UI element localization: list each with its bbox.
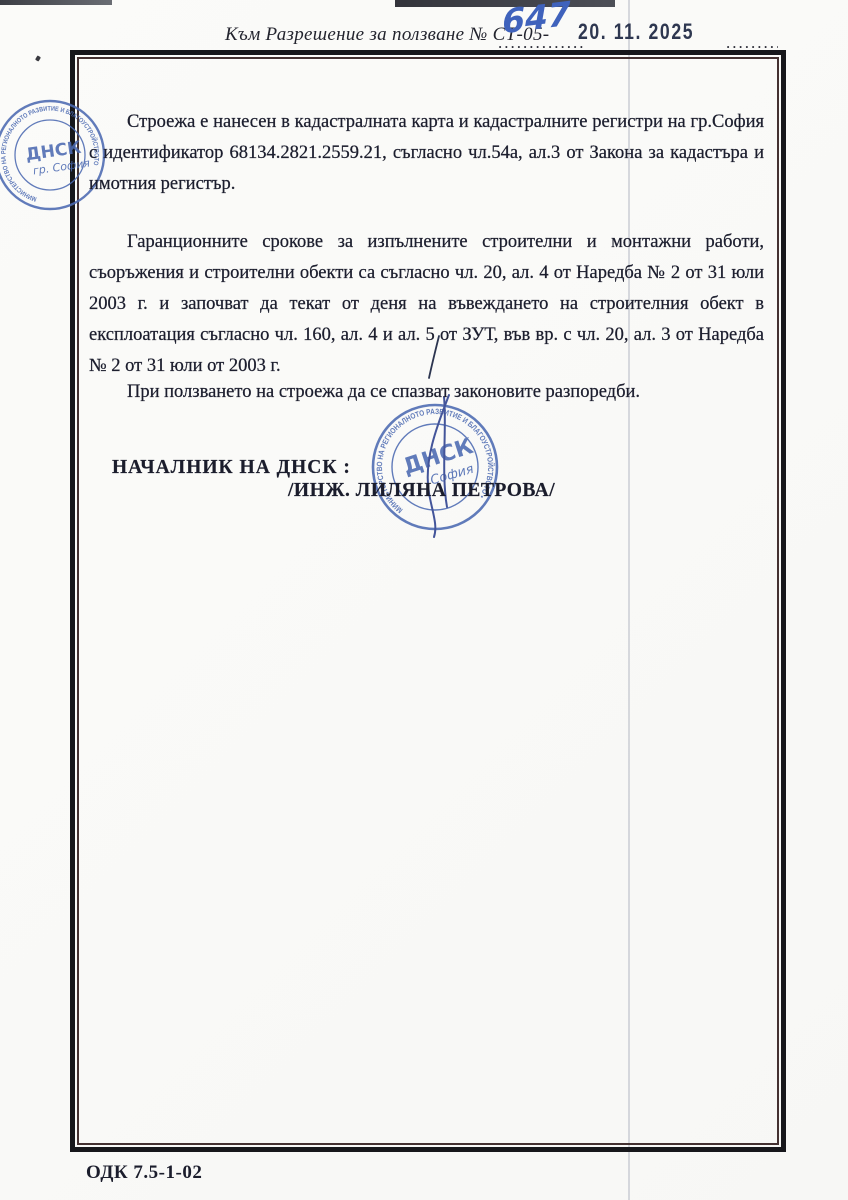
header-dotted-trailer: ......... (726, 33, 778, 53)
scanned-document-page: Към Разрешение за ползване № СТ-05- ....… (0, 0, 848, 1200)
paragraph-usage: При ползването на строежа да се спазват … (89, 377, 764, 408)
date-stamp: 20. 11. 2025 (578, 19, 694, 45)
footer-form-code: ОДК 7.5-1-02 (86, 1162, 202, 1184)
paragraph-cadastre: Строежа е нанесен в кадастралната карта … (89, 107, 764, 200)
scan-artifact-bar-left (0, 0, 112, 5)
signature-title: НАЧАЛНИК НА ДНСК : (112, 457, 351, 479)
document-border-frame (70, 50, 786, 1152)
document-border-frame-inner (77, 57, 779, 1145)
signature-name: /ИНЖ. ЛИЛЯНА ПЕТРОВА/ (288, 480, 555, 502)
handwritten-permit-number: 647 (502, 0, 571, 38)
scan-artifact-dot (35, 55, 41, 61)
dnsk-stamp-large-icon: МИНИСТЕРСТВО НА РЕГИОНАЛНОТО РАЗВИТИЕ И … (350, 382, 520, 552)
pen-slash-mark (425, 334, 443, 380)
